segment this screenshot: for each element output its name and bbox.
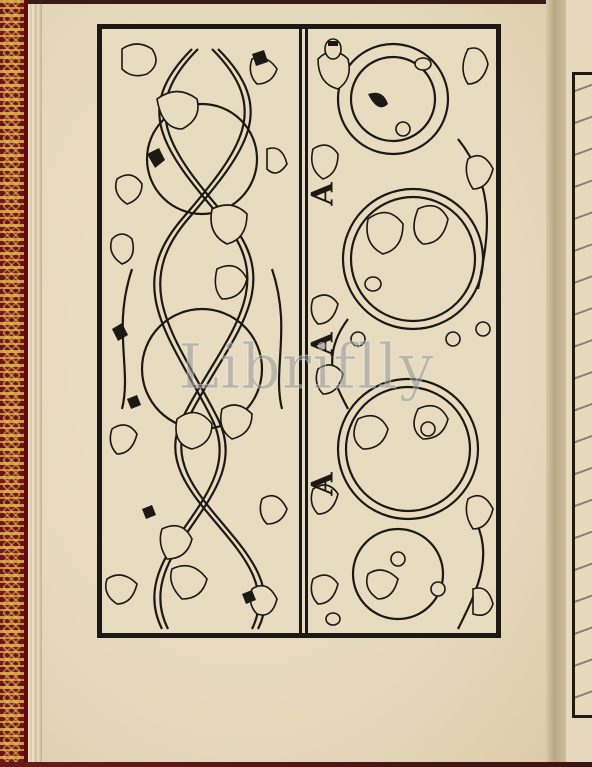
facing-page-woodcut [572,72,592,718]
page-edges [28,4,42,762]
page-gutter [546,0,566,767]
bottom-edge [0,762,592,767]
book-scan: A A A Libriflly [0,0,592,767]
watermark-text: Libriflly [178,330,435,403]
rotated-letter-a: A [309,182,339,205]
gilded-binding [0,0,24,767]
rotated-letter-a: A [309,472,339,495]
